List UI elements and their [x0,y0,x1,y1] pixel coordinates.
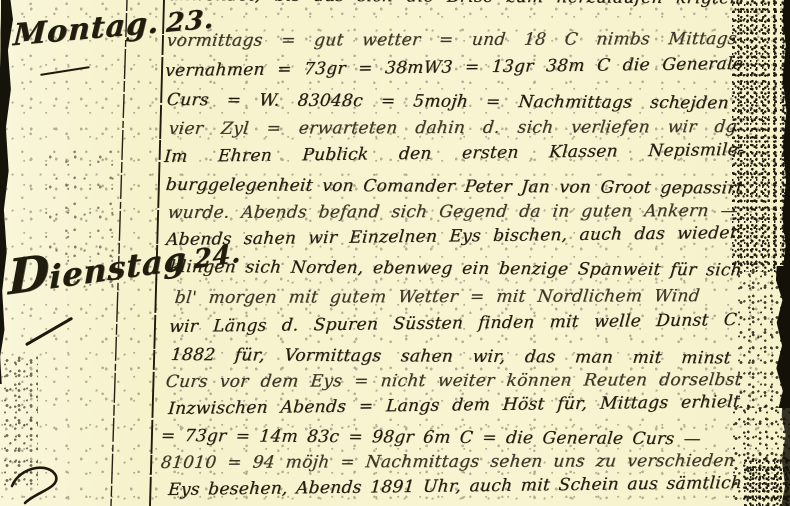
handwritten-line: anwendet; bis das sich die Brise zum her… [168,0,742,10]
handwritten-line: Eys besehen, Abends 1891 Uhr, auch mit S… [167,471,743,502]
handwritten-line: vormittags = gut wetter = und 18 C nimbs… [166,27,738,53]
handwritten-line: Im Ehren Publick den ersten Klassen Nepi… [163,138,745,169]
handwritten-line: Abends sahen wir Einzelnen Eys bischen, … [165,221,739,252]
montag-underline-flourish [40,66,90,76]
handwritten-line: = 73gr = 14m 83c = 98gr 6m C = die Gener… [160,424,702,451]
right-edge-speckle-top [732,0,786,272]
day-label: Montag. [12,5,160,53]
right-scan-edge-strip-top [780,0,790,270]
handwritten-line: vier Zyl = erwarteten dahin d. sich verl… [168,115,738,141]
right-edge-speckle-bottom [733,404,790,506]
day-label: Dienstag [8,225,187,307]
right-scan-edge-strip-bottom [779,404,790,506]
handwritten-line: bl' morgen mit gutem Wetter = mit Nordli… [174,284,701,310]
handwritten-line: 81010 = 94 möjh = Nachmittags sehen uns … [160,449,736,475]
handwritten-line: Inzwischen Abends = Langs dem Höst für, … [167,390,741,421]
handwritten-line: klingen sich Norden, ebenweg ein benzige… [169,255,743,282]
handwritten-line: vernahmen = 73gr = 38mW3 = 13gr 38m C di… [164,52,744,83]
handwritten-line: wir Längs d. Spuren Süssten finden mit w… [168,308,738,339]
left-edge-speckle [4,356,38,486]
dienstag-stroke-flourish [25,317,73,346]
handwritten-line: burggelegenheit von Comander Peter Jan v… [165,173,744,201]
right-edge-speckle-middle [738,268,782,408]
handwritten-line: Curs = W. 83048c = 5mojh = Nachmittags s… [166,88,730,115]
journal-page-scan: Montag.23. Dienstag24. anwendet; bis das… [0,0,790,506]
bottom-left-ink-flourish [12,468,56,503]
left-scan-edge-band [0,0,15,384]
right-scan-edge-strip-middle [771,266,790,408]
handwritten-line: 1882 für, Vormittags sahen wir, das man … [170,343,732,370]
